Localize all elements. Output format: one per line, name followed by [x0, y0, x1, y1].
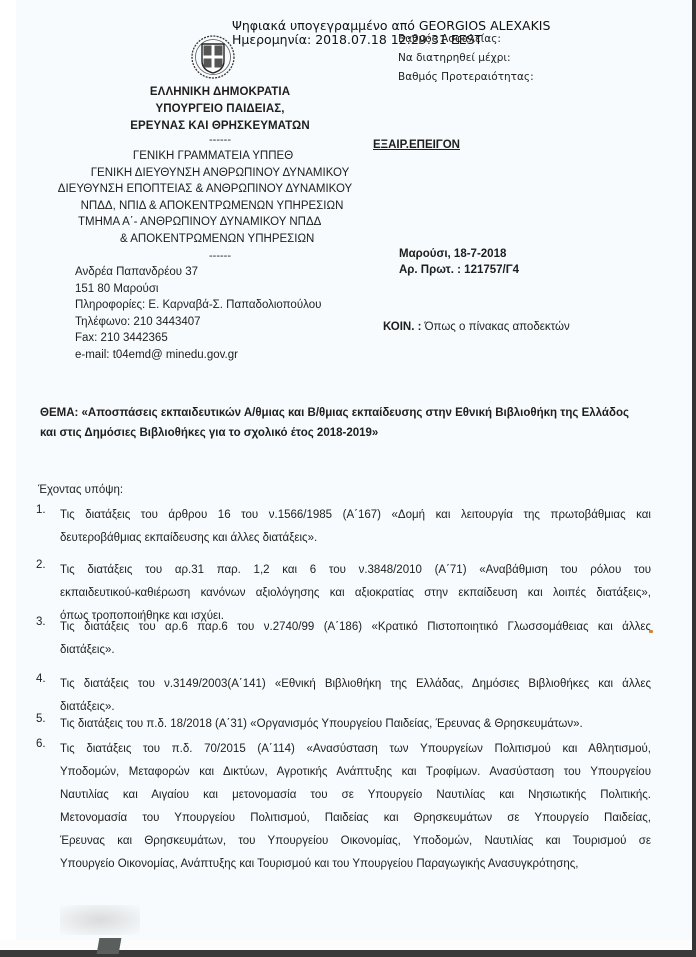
- contact-postal: 151 80 Μαρούσι: [75, 281, 321, 298]
- security-level-label: Βαθμός Ασφαλείας:: [398, 30, 501, 49]
- subject-block: ΘΕΜΑ: «Αποσπάσεις εκπαιδευτικών Α/θμιας …: [40, 403, 629, 443]
- list-item-text: Τις διατάξεις του π.δ. 18/2018 (Α΄31) «Ο…: [60, 713, 651, 736]
- list-item-line: Υπουργείο Οικονομίας, Ανάπτυξης και Τουρ…: [60, 853, 651, 876]
- signature-signed-by: Ψηφιακά υπογεγραμμένο από GEORGIOS ALEXA…: [232, 19, 550, 33]
- protocol-number: Αρ. Πρωτ. : 121757/Γ4: [399, 262, 519, 279]
- scan-edge-right: [692, 0, 696, 957]
- list-item-line: Τις διατάξεις του π.δ. 18/2018 (Α΄31) «Ο…: [60, 713, 651, 736]
- list-item-line: Τις διατάξεις του ν.3149/2003(Α΄141) «Εθ…: [60, 673, 651, 696]
- department-line-section: ΤΜΗΜΑ Α΄- ΑΝΘΡΩΠΙΝΟΥ ΔΥΝΑΜΙΚΟΥ ΝΠΔΔ: [78, 214, 360, 231]
- list-item-line: Τις διατάξεις του αρ.6 παρ.6 του ν.2740/…: [60, 616, 651, 639]
- list-item-number: 3.: [36, 616, 56, 628]
- list-item: 5.Τις διατάξεις του π.δ. 18/2018 (Α΄31) …: [36, 713, 651, 736]
- ministry-header: ΕΛΛΗΝΙΚΗ ΔΗΜΟΚΡΑΤΙΑ ΥΠΟΥΡΓΕΙΟ ΠΑΙΔΕΙΑΣ, …: [110, 84, 330, 135]
- contact-info: Πληροφορίες: Ε. Καρναβά-Σ. Παπαδολιοπούλ…: [75, 297, 321, 314]
- contact-phone: Τηλέφωνο: 210 3443407: [75, 314, 321, 331]
- list-item-line: Τις διατάξεις του άρθρου 16 του ν.1566/1…: [60, 504, 651, 527]
- contact-fax: Fax: 210 3442365: [75, 330, 321, 347]
- staple-mark: [97, 938, 122, 954]
- scan-speck: [649, 630, 653, 633]
- header-separator: ------: [110, 134, 330, 146]
- header-line-research: ΕΡΕΥΝΑΣ ΚΑΙ ΘΡΗΣΚΕΥΜΑΤΩΝ: [110, 118, 330, 135]
- list-item-line: εκπαιδευτικού-καθιέρωση κανόνων αξιολόγη…: [60, 582, 651, 605]
- contact-email: e-mail: t04emd@ minedu.gov.gr: [75, 347, 321, 364]
- subject-line-1: ΘΕΜΑ: «Αποσπάσεις εκπαιδευτικών Α/θμιας …: [40, 403, 629, 423]
- priority-label: Βαθμός Προτεραιότητας:: [398, 68, 534, 87]
- cc-label: ΚΟΙΝ. :: [383, 321, 421, 333]
- department-block: ΓΕΝΙΚΗ ΓΡΑΜΜΑΤΕΙΑ ΥΠΠΕΘ ΓΕΝΙΚΗ ΔΙΕΥΘΥΝΣΗ…: [50, 148, 360, 247]
- list-item-line: Ναυτιλίας και Αιγαίου και μετονομασία το…: [60, 784, 651, 807]
- list-item: 6.Τις διατάξεις του π.δ. 70/2015 (Α΄114)…: [36, 738, 651, 876]
- retain-until-label: Να διατηρηθεί μέχρι:: [398, 49, 510, 68]
- cc-value: Όπως ο πίνακας αποδεκτών: [421, 321, 569, 333]
- intro-text: Έχοντας υπόψη:: [38, 484, 123, 496]
- contact-street: Ανδρέα Παπανδρέου 37: [75, 264, 321, 281]
- list-item: 1.Τις διατάξεις του άρθρου 16 του ν.1566…: [36, 504, 651, 550]
- list-item-line: Μετονομασία του Υπουργείου Πολιτισμού, Π…: [60, 807, 651, 830]
- list-item-line: Τις διατάξεις του αρ.31 παρ. 1,2 και 6 τ…: [60, 559, 651, 582]
- list-item-text: Τις διατάξεις του άρθρου 16 του ν.1566/1…: [60, 504, 651, 550]
- scan-margin: [0, 0, 16, 950]
- department-separator: ------: [110, 250, 330, 262]
- header-line-ministry: ΥΠΟΥΡΓΕΙΟ ΠΑΙΔΕΙΑΣ,: [110, 101, 330, 118]
- department-line-decentralized: & ΑΠΟΚΕΝΤΡΩΜΕΝΩΝ ΥΠΗΡΕΣΙΩΝ: [120, 231, 360, 248]
- list-item-line: Τις διατάξεις του π.δ. 70/2015 (Α΄114) «…: [60, 738, 651, 761]
- greek-coat-of-arms-icon: [189, 33, 237, 81]
- document-page: Ψηφιακά υπογεγραμμένο από GEORGIOS ALEXA…: [0, 0, 692, 950]
- department-line-directorate: ΔΙΕΥΘΥΝΣΗ ΕΠΟΠΤΕΙΑΣ & ΑΝΘΡΩΠΙΝΟΥ ΔΥΝΑΜΙΚ…: [50, 181, 360, 198]
- list-item-number: 5.: [36, 713, 56, 725]
- place-date: Μαρούσι, 18-7-2018: [399, 246, 506, 263]
- list-item-line: Υποδομών, Μεταφορών και Δικτύων, Αγροτικ…: [60, 761, 651, 784]
- list-item-number: 6.: [36, 738, 56, 750]
- list-item-number: 1.: [36, 504, 56, 516]
- cc-line: ΚΟΙΝ. : Όπως ο πίνακας αποδεκτών: [383, 319, 570, 336]
- contact-block: Ανδρέα Παπανδρέου 37 151 80 Μαρούσι Πληρ…: [75, 264, 321, 363]
- header-line-republic: ΕΛΛΗΝΙΚΗ ΔΗΜΟΚΡΑΤΙΑ: [110, 84, 330, 101]
- department-line-general-directorate: ΓΕΝΙΚΗ ΔΙΕΥΘΥΝΣΗ ΑΝΘΡΩΠΙΝΟΥ ΔΥΝΑΜΙΚΟΥ: [50, 165, 360, 182]
- department-line-secretariat: ΓΕΝΙΚΗ ΓΡΑΜΜΑΤΕΙΑ ΥΠΠΕΘ: [50, 148, 360, 165]
- scan-smudge: [60, 905, 140, 935]
- list-item-number: 2.: [36, 559, 56, 571]
- list-item-line: δευτεροβάθμιας εκπαίδευσης και άλλες δια…: [60, 527, 651, 550]
- list-item-number: 4.: [36, 673, 56, 685]
- urgency-label: ΕΞΑΙΡ.ΕΠΕΙΓΟΝ: [373, 139, 460, 151]
- list-item-line: διατάξεις».: [60, 639, 651, 662]
- subject-line-2: και στις Δημόσιες Βιβλιοθήκες για το σχο…: [40, 423, 629, 443]
- list-item-text: Τις διατάξεις του αρ.6 παρ.6 του ν.2740/…: [60, 616, 651, 662]
- list-item-text: Τις διατάξεις του π.δ. 70/2015 (Α΄114) «…: [60, 738, 651, 876]
- list-item-line: Έρευνας και Θρησκευμάτων, του Υπουργείου…: [60, 830, 651, 853]
- list-item: 3.Τις διατάξεις του αρ.6 παρ.6 του ν.274…: [36, 616, 651, 662]
- department-line-entities: ΝΠΔΔ, ΝΠΙΔ & ΑΠΟΚΕΝΤΡΩΜΕΝΩΝ ΥΠΗΡΕΣΙΩΝ: [50, 198, 360, 215]
